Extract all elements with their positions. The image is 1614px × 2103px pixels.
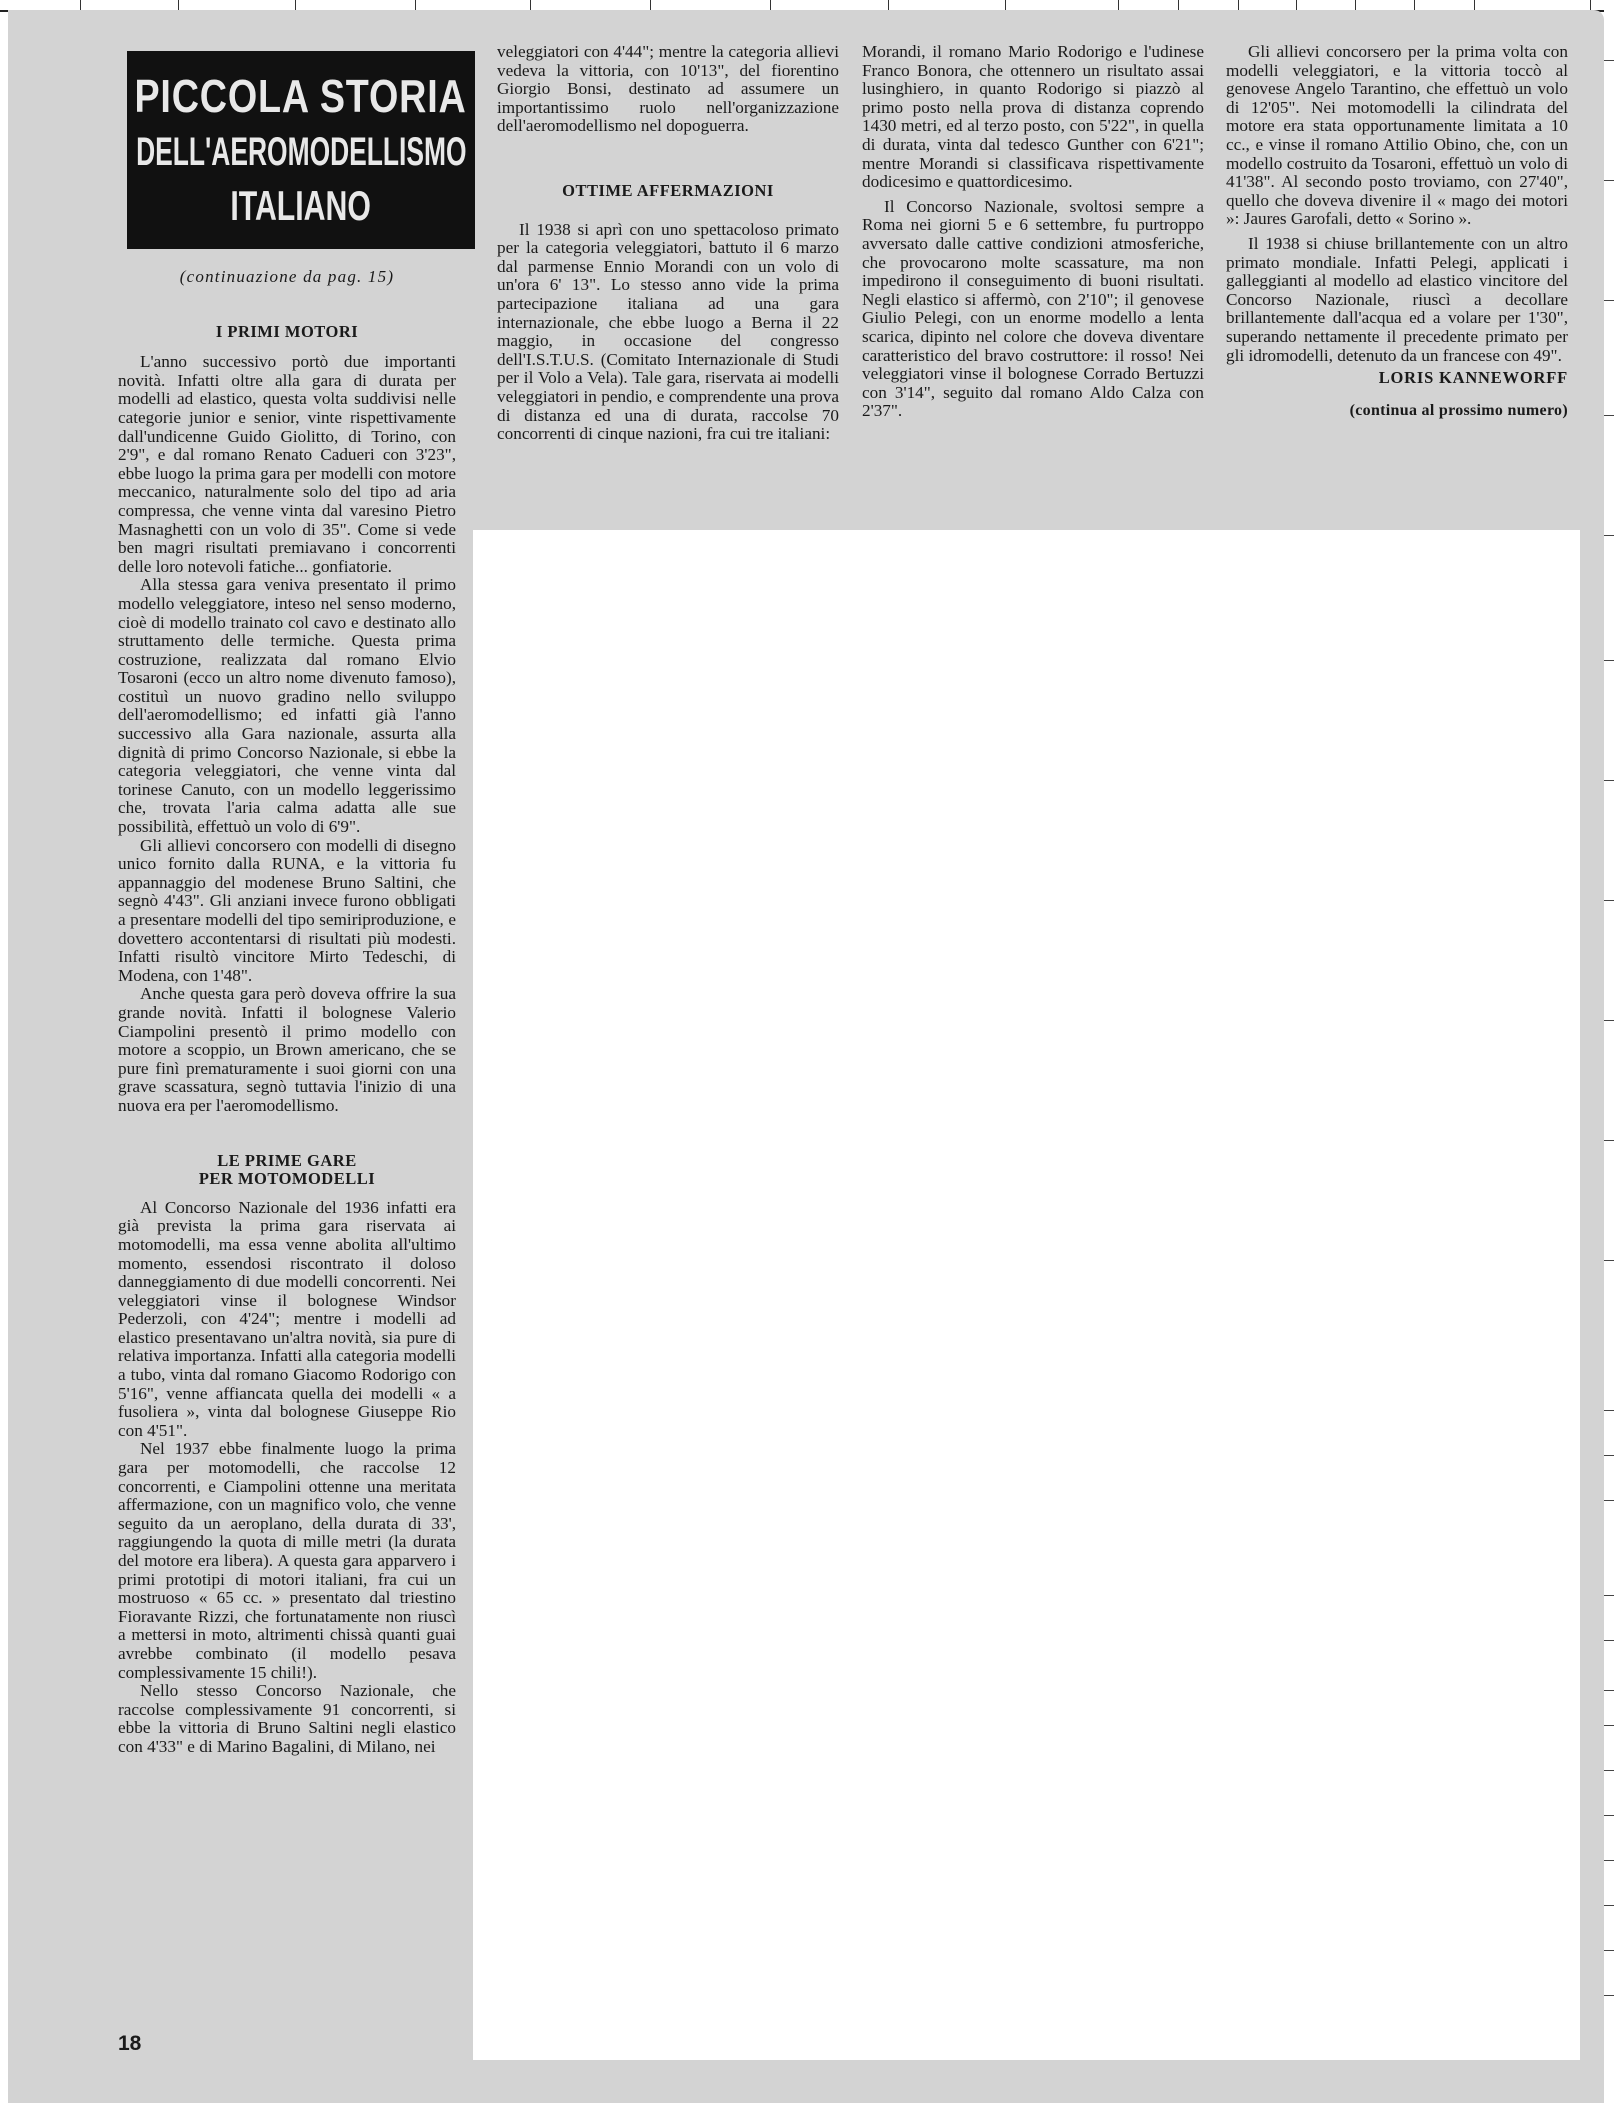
paragraph: Alla stessa gara veniva presentato il pr… bbox=[118, 576, 456, 836]
scan-tick bbox=[1604, 1500, 1614, 1501]
paragraph: Nello stesso Concorso Nazionale, che rac… bbox=[118, 1682, 456, 1756]
scan-tick bbox=[1604, 1860, 1614, 1861]
scan-tick bbox=[530, 0, 531, 10]
column-3: Morandi, il romano Mario Rodorigo e l'ud… bbox=[862, 43, 1204, 421]
scan-tick bbox=[178, 0, 179, 10]
scan-tick bbox=[888, 0, 889, 10]
blank-image-area bbox=[473, 530, 1580, 2060]
scan-tick bbox=[1604, 660, 1614, 661]
paragraph: Gli allievi concorsero con modelli di di… bbox=[118, 837, 456, 986]
column-4: Gli allievi concorsero per la prima volt… bbox=[1226, 43, 1568, 420]
scan-tick bbox=[1604, 1640, 1614, 1641]
scan-tick bbox=[1604, 1140, 1614, 1141]
scan-tick bbox=[1604, 1950, 1614, 1951]
scan-tick bbox=[1604, 900, 1614, 901]
scan-tick bbox=[80, 0, 81, 10]
scan-tick bbox=[1604, 415, 1614, 416]
scan-tick bbox=[1118, 0, 1119, 10]
scan-tick bbox=[1604, 1455, 1614, 1456]
scan-tick bbox=[1604, 1595, 1614, 1596]
scan-tick bbox=[1238, 0, 1239, 10]
scan-tick bbox=[1604, 1905, 1614, 1906]
scan-tick bbox=[1414, 0, 1415, 10]
scan-right-edge bbox=[1604, 10, 1614, 2103]
scan-tick bbox=[1604, 180, 1614, 181]
scan-tick bbox=[1590, 0, 1591, 10]
scan-tick bbox=[1604, 1770, 1614, 1771]
scan-tick bbox=[1604, 1725, 1614, 1726]
title-line-2: DELL'AEROMODELLISMO bbox=[136, 125, 466, 179]
paragraph: Anche questa gara però doveva offrire la… bbox=[118, 985, 456, 1115]
scan-tick bbox=[415, 0, 416, 10]
title-line-3: ITALIANO bbox=[231, 179, 372, 233]
scan-tick bbox=[1604, 60, 1614, 61]
scan-tick bbox=[1604, 1815, 1614, 1816]
continue-note: (continua al prossimo numero) bbox=[1226, 402, 1568, 421]
paragraph: Gli allievi concorsero per la prima volt… bbox=[1226, 43, 1568, 229]
section-heading-prime-gare-2: PER MOTOMODELLI bbox=[118, 1170, 456, 1189]
paragraph: Morandi, il romano Mario Rodorigo e l'ud… bbox=[862, 43, 1204, 192]
scan-tick bbox=[1005, 0, 1006, 10]
section-heading-ottime-affermazioni: OTTIME AFFERMAZIONI bbox=[497, 182, 839, 201]
paragraph: veleggiatori con 4'44"; mentre la catego… bbox=[497, 43, 839, 136]
article-title-box: PICCOLA STORIA DELL'AEROMODELLISMO ITALI… bbox=[127, 51, 475, 249]
section-heading-primi-motori: I PRIMI MOTORI bbox=[118, 323, 456, 342]
scan-tick bbox=[1604, 780, 1614, 781]
paragraph: Il 1938 si chiuse brillantemente con un … bbox=[1226, 235, 1568, 365]
paragraph: Il 1938 si aprì con uno spettacoloso pri… bbox=[497, 221, 839, 444]
scan-tick bbox=[1355, 0, 1356, 10]
scan-tick bbox=[770, 0, 771, 10]
scan-tick bbox=[1604, 300, 1614, 301]
scan-tick bbox=[1604, 1020, 1614, 1021]
scan-tick bbox=[1604, 1260, 1614, 1261]
paragraph: L'anno successivo portò due importanti n… bbox=[118, 353, 456, 576]
scan-tick bbox=[1296, 0, 1297, 10]
author-byline: LORIS KANNEWORFF bbox=[1226, 369, 1568, 388]
paragraph: Il Concorso Nazionale, svoltosi sempre a… bbox=[862, 198, 1204, 421]
scan-tick bbox=[295, 0, 296, 10]
scan-tick bbox=[1474, 0, 1475, 10]
column-1: (continuazione da pag. 15) I PRIMI MOTOR… bbox=[118, 268, 456, 1757]
title-line-1: PICCOLA STORIA bbox=[135, 67, 467, 125]
column-2: veleggiatori con 4'44"; mentre la catego… bbox=[497, 43, 839, 444]
scan-tick bbox=[1604, 535, 1614, 536]
paragraph: Nel 1937 ebbe finalmente luogo la prima … bbox=[118, 1440, 456, 1682]
continuation-note: (continuazione da pag. 15) bbox=[118, 268, 456, 287]
scan-tick bbox=[1604, 1690, 1614, 1691]
section-heading-prime-gare-1: LE PRIME GARE bbox=[118, 1152, 456, 1171]
scan-tick bbox=[1178, 0, 1179, 10]
scan-tick bbox=[1604, 1410, 1614, 1411]
page-number: 18 bbox=[118, 2032, 141, 2056]
scan-tick bbox=[650, 0, 651, 10]
scan-tick bbox=[1604, 1995, 1614, 1996]
paragraph: Al Concorso Nazionale del 1936 infatti e… bbox=[118, 1199, 456, 1441]
